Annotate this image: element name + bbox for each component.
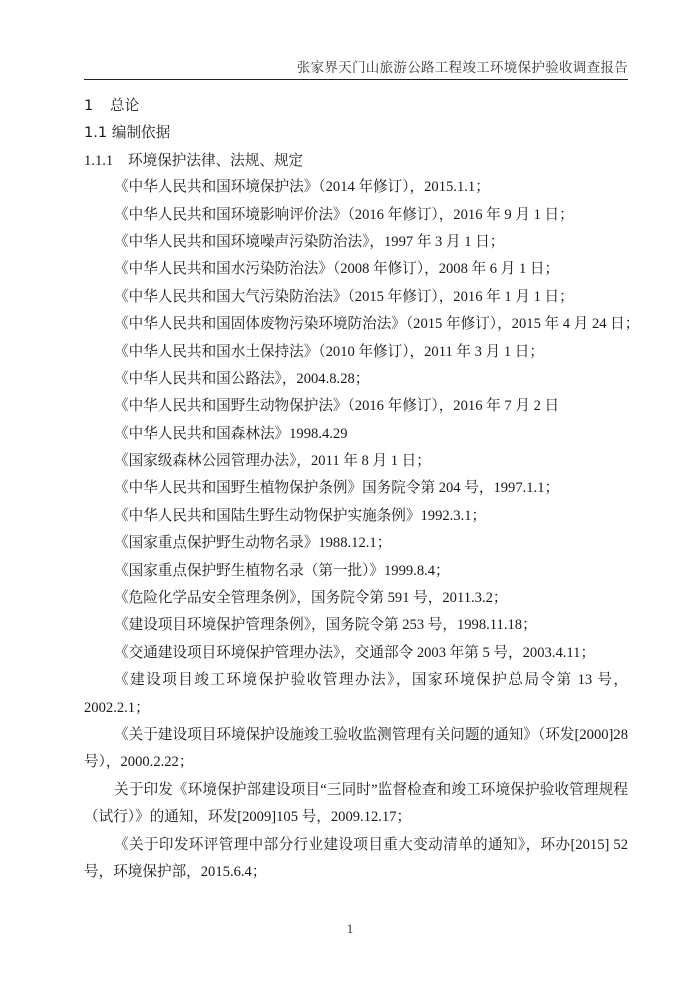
heading-1-number: 1 — [84, 92, 110, 119]
regulation-item: 《中华人民共和国陆生野生动物保护实施条例》1992.3.1； — [84, 503, 628, 530]
regulation-item: 《中华人民共和国野生动物保护法》（2016 年修订），2016 年 7 月 2 … — [84, 393, 628, 420]
heading-3-number: 1.1.1 — [84, 148, 128, 175]
regulation-item: 《中华人民共和国水污染防治法》（2008 年修订），2008 年 6 月 1 日… — [84, 256, 628, 283]
running-header: 张家界天门山旅游公路工程竣工环境保护验收调查报告 — [84, 56, 628, 80]
regulation-item: 《中华人民共和国固体废物污染环境防治法》（2015 年修订），2015 年 4 … — [84, 311, 628, 338]
heading-3-title: 环境保护法律、法规、规定 — [128, 152, 303, 169]
regulation-item-wrapped-second: （试行）》的通知，环发[2009]105 号，2009.12.17； — [84, 804, 628, 831]
regulation-item: 《交通建设项目环境保护管理办法》，交通部令 2003 年第 5 号，2003.4… — [84, 640, 628, 667]
regulation-item-wrapped-first: 《关于建设项目环境保护设施竣工验收监测管理有关问题的通知》（环发[2000]28 — [84, 722, 628, 749]
regulation-item: 《中华人民共和国环境影响评价法》（2016 年修订），2016 年 9 月 1 … — [84, 202, 628, 229]
heading-3: 1.1.1环境保护法律、法规、规定 — [84, 147, 628, 174]
regulation-item: 《国家重点保护野生植物名录（第一批）》1999.8.4； — [84, 558, 628, 585]
regulation-item-wrapped-first: 《建设项目竣工环境保护验收管理办法》，国家环境保护总局令第 13 号， — [84, 667, 628, 694]
regulation-item: 《中华人民共和国水土保持法》（2010 年修订），2011 年 3 月 1 日； — [84, 339, 628, 366]
heading-1: 1总论 — [84, 92, 628, 119]
heading-1-title: 总论 — [110, 97, 139, 114]
page-number: 1 — [0, 921, 700, 937]
regulation-item: 《中华人民共和国森林法》1998.4.29 — [84, 421, 628, 448]
regulation-item: 《建设项目环境保护管理条例》，国务院令第 253 号，1998.11.18； — [84, 612, 628, 639]
regulation-item: 《中华人民共和国环境噪声污染防治法》，1997 年 3 月 1 日； — [84, 229, 628, 256]
heading-2-title: 编制依据 — [112, 124, 170, 141]
regulation-item: 《国家重点保护野生动物名录》1988.12.1； — [84, 530, 628, 557]
regulation-item: 《中华人民共和国环境保护法》（2014 年修订），2015.1.1； — [84, 174, 628, 201]
regulation-item: 《国家级森林公园管理办法》，2011 年 8 月 1 日； — [84, 448, 628, 475]
regulation-item-wrapped-second: 2002.2.1； — [84, 695, 628, 722]
regulation-item-wrapped-second: 号，环境保护部，2015.6.4； — [84, 859, 628, 886]
regulation-item: 《中华人民共和国野生植物保护条例》国务院令第 204 号，1997.1.1； — [84, 475, 628, 502]
regulation-item-wrapped-first: 关于印发《环境保护部建设项目“三同时”监督检查和竣工环境保护验收管理规程 — [84, 777, 628, 804]
page-body: 1总论 1.1 编制依据 1.1.1环境保护法律、法规、规定 《中华人民共和国环… — [84, 92, 628, 886]
regulation-item: 《危险化学品安全管理条例》，国务院令第 591 号，2011.3.2； — [84, 585, 628, 612]
regulation-item: 《中华人民共和国公路法》，2004.8.28； — [84, 366, 628, 393]
heading-2-number: 1.1 — [84, 124, 107, 141]
regulation-item-wrapped-first: 《关于印发环评管理中部分行业建设项目重大变动清单的通知》，环办[2015] 52 — [84, 832, 628, 859]
regulation-item-wrapped-second: 号），2000.2.22； — [84, 749, 628, 776]
regulation-item: 《中华人民共和国大气污染防治法》（2015 年修订），2016 年 1 月 1 … — [84, 284, 628, 311]
heading-2: 1.1 编制依据 — [84, 119, 628, 146]
